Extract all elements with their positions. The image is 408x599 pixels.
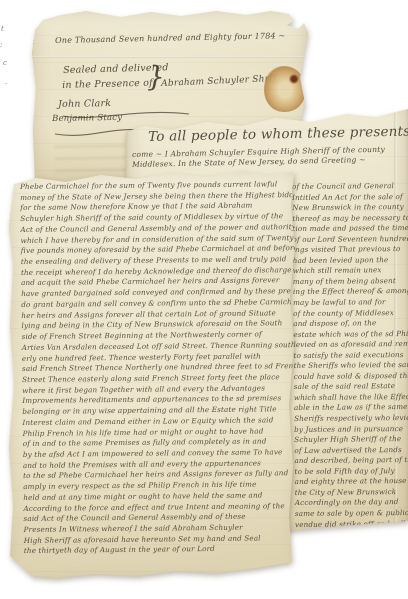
handwritten-line: and described, being part of the — [294, 455, 408, 467]
handwritten-line: and eighty three at the house — [295, 476, 408, 488]
handwritten-line: vendue did strike off and sell — [295, 518, 408, 530]
handwritten-line: tion made and passed the time — [292, 223, 408, 235]
cropped-ink-mark: t — [1, 25, 4, 33]
cropped-ink-mark: c — [3, 59, 7, 67]
attestation-line: in the Presence of. — [62, 78, 156, 91]
handwritten-line: Schuyler High Sheriff of the — [294, 434, 408, 446]
handwritten-line: of the Council and General — [292, 181, 408, 193]
photo-background: t : c . t One Thousand Seven hundred and… — [0, 0, 408, 599]
handwritten-line: New Brunswick in the county — [292, 202, 408, 214]
sheriff-signature: Abraham Schuyler Shrff — [161, 74, 276, 89]
deed-body-text: Phebe Carmichael for the sum of Twenty f… — [20, 179, 298, 557]
cropped-ink-mark: : — [0, 41, 2, 49]
salutation-heading: To all people to whom these presents sha… — [148, 123, 408, 145]
fold-crease — [31, 56, 309, 58]
sheet-front: Phebe Carmichael for the sum of Twenty f… — [6, 166, 300, 586]
handwritten-line: Sheriffs respectively who levied — [294, 413, 408, 425]
handwritten-line: ing the Effect thereof & among — [293, 286, 408, 298]
sheet-front-paper: Phebe Carmichael for the sum of Twenty f… — [6, 166, 300, 586]
cropped-ink-mark: . — [5, 78, 7, 86]
handwritten-line: of the county of Middlesex — [293, 308, 408, 320]
handwritten-line: levied on as aforesaid and rem — [293, 339, 408, 351]
handwritten-line: ings visited That previous to — [293, 244, 408, 256]
margin-mark: t — [31, 37, 34, 46]
date-line: One Thousand Seven hundred and Eighty fo… — [55, 31, 285, 45]
handwritten-line: the Sheriffs who levied the same — [294, 360, 408, 372]
handwritten-line: same to sale by open & publick — [295, 508, 408, 520]
right-column-text: of the Council and GeneralIntitled An Ac… — [292, 181, 408, 530]
handwritten-line: the thirtyeth day of August in the year … — [24, 544, 298, 558]
